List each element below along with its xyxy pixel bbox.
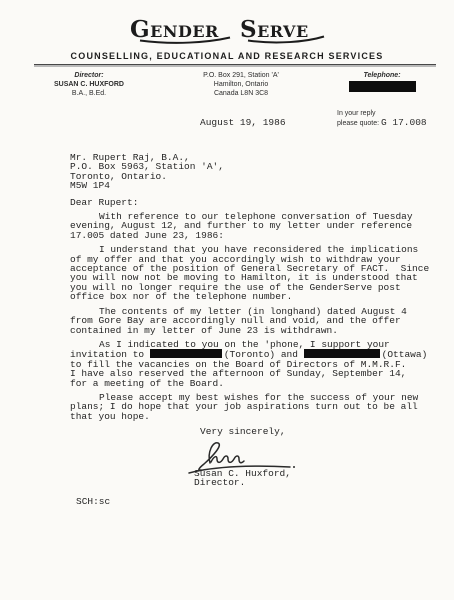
letter-page: Gender Serve COUNSELLING, EDUCATIONAL AN… bbox=[0, 0, 454, 600]
letterhead: Gender Serve bbox=[0, 0, 454, 50]
address-line-1: P.O. Box 291, Station 'A' bbox=[152, 71, 330, 80]
director-name: SUSAN C. HUXFORD bbox=[26, 80, 152, 89]
letterhead-tagline: COUNSELLING, EDUCATIONAL AND RESEARCH SE… bbox=[0, 51, 454, 61]
reply-note: In your reply please quote: G 17.008 bbox=[337, 110, 427, 128]
redaction-box bbox=[150, 349, 222, 358]
logo-word-1: Gender bbox=[130, 16, 219, 43]
letter-content: Mr. Rupert Raj, B.A.,P.O. Box 5963, Stat… bbox=[70, 153, 438, 507]
telephone-redaction-box bbox=[349, 81, 416, 92]
letter-line: contained in my letter of June 23 is wit… bbox=[70, 326, 438, 335]
redaction-box bbox=[304, 349, 380, 358]
letter-line: office box nor of the telephone number. bbox=[70, 292, 438, 301]
letter-paragraph: I understand that you have reconsidered … bbox=[70, 245, 438, 301]
telephone-label: Telephone: bbox=[330, 71, 434, 80]
reply-quote-code: G 17.008 bbox=[381, 117, 427, 128]
address-line-2: Hamilton, Ontario bbox=[152, 80, 330, 89]
recipient-line: M5W 1P4 bbox=[70, 181, 438, 190]
letterhead-info-row: Director: SUSAN C. HUXFORD B.A., B.Ed. P… bbox=[26, 71, 434, 98]
telephone-info: Telephone: bbox=[330, 71, 434, 98]
letter-paragraph: The contents of my letter (in longhand) … bbox=[70, 307, 438, 335]
recipient-line: Toronto, Ontario. bbox=[70, 172, 438, 181]
reply-note-line-2: please quote: G 17.008 bbox=[337, 119, 427, 129]
address-line-3: Canada L8N 3C8 bbox=[152, 89, 330, 98]
signed-title: Director. bbox=[194, 478, 438, 487]
letter-line: As I indicated to you on the 'phone, I s… bbox=[70, 340, 438, 349]
letter-paragraph: Please accept my best wishes for the suc… bbox=[70, 393, 438, 421]
letter-line: that you hope. bbox=[70, 412, 438, 421]
typist-initials: SCH:sc bbox=[76, 497, 438, 506]
gender-serve-logo: Gender Serve bbox=[124, 13, 330, 45]
reply-quote-label: please quote: bbox=[337, 120, 381, 127]
salutation: Dear Rupert: bbox=[70, 198, 438, 207]
valediction: Very sincerely, bbox=[200, 427, 438, 436]
address-info: P.O. Box 291, Station 'A' Hamilton, Onta… bbox=[152, 71, 330, 98]
letter-line: for a meeting of the Board. bbox=[70, 379, 438, 388]
director-credentials: B.A., B.Ed. bbox=[26, 89, 152, 98]
reference-row: August 19, 1986 In your reply please quo… bbox=[0, 110, 454, 136]
letter-paragraph: With reference to our telephone conversa… bbox=[70, 212, 438, 240]
director-label: Director: bbox=[26, 71, 152, 80]
letter-date: August 19, 1986 bbox=[200, 118, 286, 127]
director-info: Director: SUSAN C. HUXFORD B.A., B.Ed. bbox=[26, 71, 152, 98]
letterhead-rule bbox=[34, 64, 436, 67]
recipient-address: Mr. Rupert Raj, B.A.,P.O. Box 5963, Stat… bbox=[70, 153, 438, 191]
letter-body: With reference to our telephone conversa… bbox=[70, 212, 438, 421]
letter-line: 17.005 dated June 23, 1986: bbox=[70, 231, 438, 240]
logo-word-2: Serve bbox=[240, 16, 309, 43]
letter-paragraph: As I indicated to you on the 'phone, I s… bbox=[70, 340, 438, 388]
